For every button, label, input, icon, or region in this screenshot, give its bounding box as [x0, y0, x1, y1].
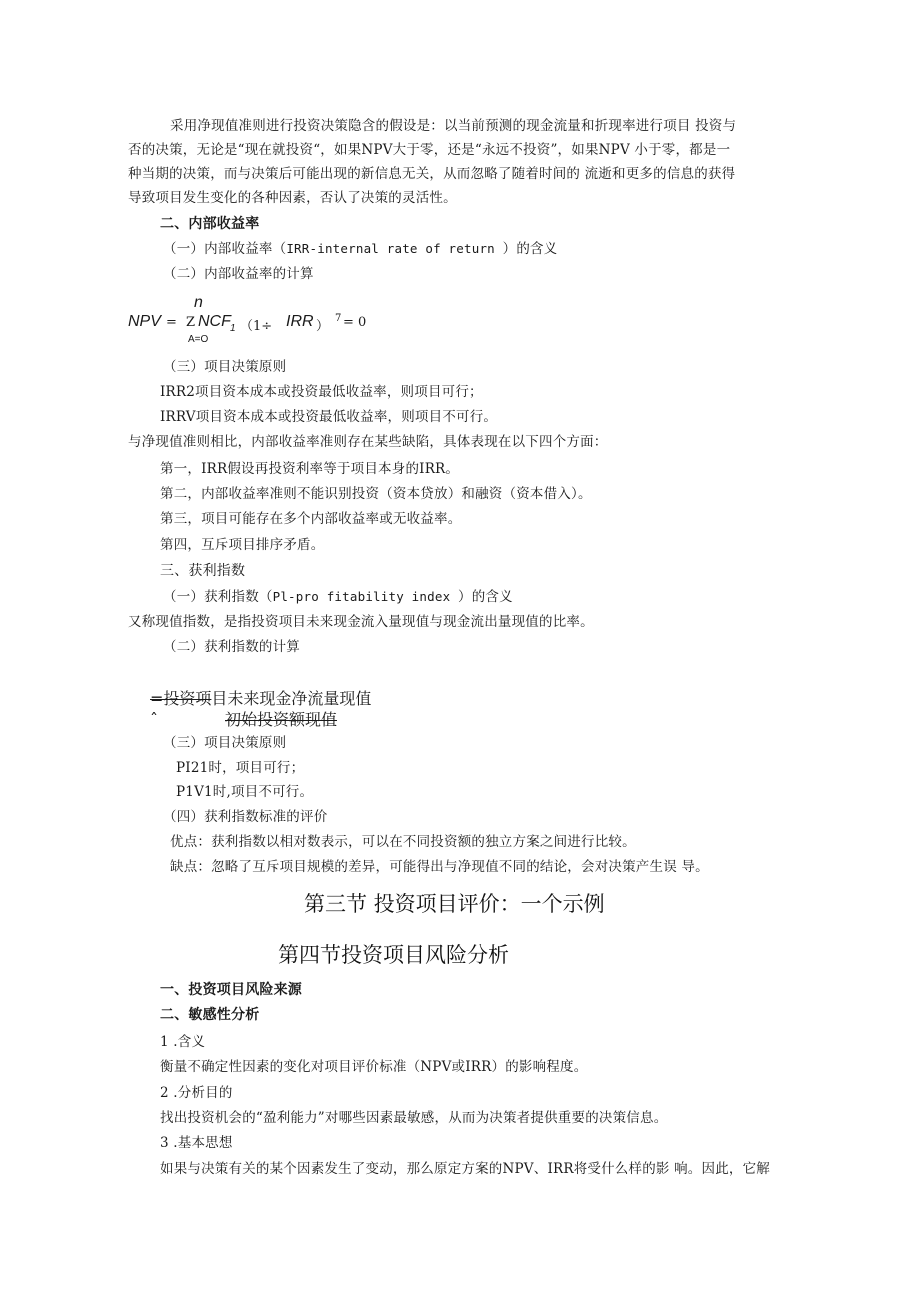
- pi-formula-denominator: ˆ初始投资额现值: [150, 710, 345, 730]
- formula-ncf: NCF: [198, 313, 231, 331]
- irr-term: IRR-internal rate of return: [286, 241, 502, 256]
- item-label: 2 .分析目的: [160, 1083, 233, 1103]
- pi-cons: 缺点：忽略了互斥项目规模的差异，可能得出与净现值不同的结论，会对决策产生误 导。: [170, 857, 709, 877]
- formula-sigma: Z: [186, 315, 195, 330]
- section-4-title: 第四节投资项目风险分析: [278, 941, 509, 969]
- pi-rule-infeasible: P1V1时,项目不可行。: [176, 782, 313, 802]
- subheading-pi-calc: （二）获利指数的计算: [163, 637, 300, 657]
- pi-denominator-text: 初始投资额现值: [225, 710, 337, 729]
- subheading-irr-meaning: （一）内部收益率（IRR-internal rate of return ）的含…: [163, 239, 557, 259]
- section-heading-pi: 三、获利指数: [160, 561, 245, 581]
- subheading-prefix: （一）获利指数（: [163, 589, 273, 605]
- pi-formula-numerator: =投资项目未来现金净流量现值: [150, 689, 371, 709]
- item-text: 找出投资机会的“盈利能力”对哪些因素最敏感，从而为决策者提供重要的决策信息。: [160, 1108, 667, 1128]
- pi-definition: 又称现值指数，是指投资项目未来现金流入量现值与现金流出量现值的比率。: [128, 612, 594, 632]
- formula-ncf-subscript: 1: [230, 323, 236, 334]
- subheading-irr-calc: （二）内部收益率的计算: [163, 264, 314, 284]
- paragraph-line: 导致项目发生变化的各种因素，否认了决策的灵活性。: [128, 188, 457, 208]
- section-3-title: 第三节 投资项目评价：一个示例: [304, 890, 605, 918]
- section-4-heading-sensitivity: 二、敏感性分析: [160, 1005, 259, 1025]
- subheading-suffix: ）的含义: [458, 589, 513, 605]
- subheading-prefix: （一）内部收益率（: [163, 241, 286, 257]
- subheading-pi-meaning: （一）获利指数（Pl-pro fitability index ）的含义: [163, 587, 513, 607]
- item-text: 衡量不确定性因素的变化对项目评价标准（NPV或IRR）的影响程度。: [160, 1057, 587, 1077]
- formula-upper-limit: n: [194, 294, 203, 312]
- pi-numerator-struck: =投资项: [150, 689, 211, 708]
- irr-flaw: 第四，互斥项目排序矛盾。: [160, 535, 324, 555]
- pi-pros: 优点：获利指数以相对数表示，可以在不同投资额的独立方案之间进行比较。: [170, 832, 636, 852]
- subheading-irr-rule: （三）项目决策原则: [163, 357, 286, 377]
- irr-flaw: 第二，内部收益率准则不能识别投资（资本贷放）和融资（资本借入）。: [160, 484, 592, 504]
- formula-irr: IRR: [286, 313, 314, 331]
- item-label: 3 .基本思想: [160, 1133, 233, 1153]
- section-4-heading-risk-sources: 一、投资项目风险来源: [160, 980, 302, 1000]
- paragraph-line: 种当期的决策，而与决策后可能出现的新信息无关，从而忽略了随着时间的 流逝和更多的…: [128, 164, 735, 184]
- subheading-pi-evaluation: （四）获利指数标准的评价: [163, 807, 327, 827]
- formula-close: ）: [316, 315, 329, 334]
- irr-flaw: 第三，项目可能存在多个内部收益率或无收益率。: [160, 509, 461, 529]
- pi-numerator-rest: 目未来现金净流量现值: [211, 689, 371, 708]
- formula-paren: （1÷: [240, 315, 272, 334]
- pi-term: Pl-pro fitability index: [273, 589, 458, 604]
- item-label: 1 .含义: [160, 1032, 205, 1052]
- irr-flaw: 第一，IRR假设再投资利率等于项目本身的IRR。: [160, 459, 459, 479]
- pi-rule-feasible: PI21时，项目可行；: [176, 758, 304, 778]
- section-heading-irr: 二、内部收益率: [160, 214, 259, 234]
- npv-formula: n NPV = Z NCF 1 （1÷ IRR ） 7 = 0 A=O: [128, 294, 388, 350]
- formula-eq: =: [166, 315, 177, 330]
- pi-caret: ˆ: [150, 710, 225, 730]
- irr-rule-infeasible: IRRV项目资本成本或投资最低收益率，则项目不可行。: [160, 407, 497, 427]
- formula-lower-limit: A=O: [188, 334, 208, 345]
- irr-comparison: 与净现值准则相比，内部收益率准则存在某些缺陷，具体表现在以下四个方面：: [128, 432, 608, 452]
- pi-denominator: ˆ初始投资额现值: [150, 710, 345, 730]
- subheading-pi-rule: （三）项目决策原则: [163, 733, 286, 753]
- item-text: 如果与决策有关的某个因素发生了变动，那么原定方案的NPV、IRR将受什么样的影 …: [160, 1159, 770, 1179]
- paragraph-line: 否的决策，无论是“现在就投资“，如果NPV大于零，还是“永远不投资”，如果NPV…: [128, 140, 730, 160]
- formula-exponent: 7: [335, 313, 341, 324]
- subheading-suffix: ）的含义: [503, 241, 558, 257]
- formula-npv: NPV: [128, 313, 161, 331]
- irr-rule-feasible: IRR2项目资本成本或投资最低收益率，则项目可行；: [160, 382, 483, 402]
- formula-rhs: = 0: [343, 315, 366, 330]
- paragraph-line: 采用净现值准则进行投资决策隐含的假设是：以当前预测的现金流量和折现率进行项目 投…: [170, 116, 736, 136]
